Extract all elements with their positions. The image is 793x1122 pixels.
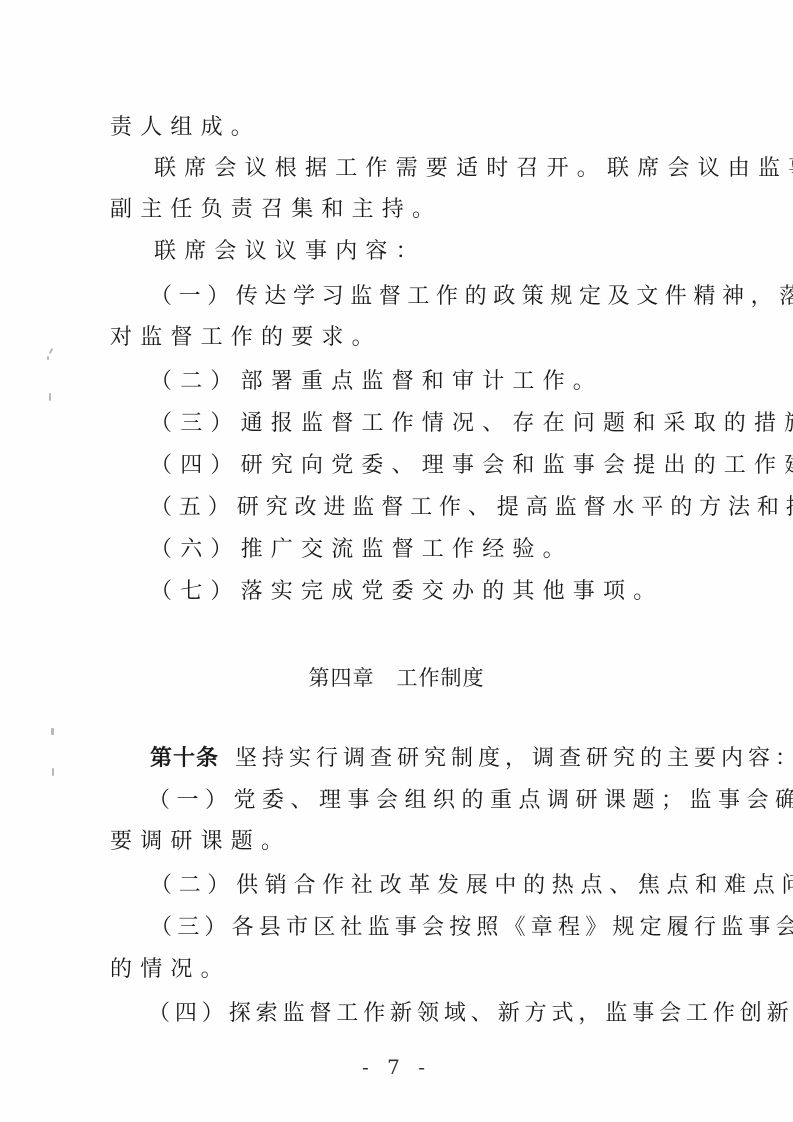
chapter-heading: 第四章工作制度 — [0, 664, 793, 692]
list-item-line: （四）探索监督工作新领域、新方式，监事会工作创新机制、 — [148, 1000, 730, 1028]
list-item-line: 要调研课题。 — [110, 828, 692, 856]
list-item-line: （三）各县市区社监事会按照《章程》规定履行监事会职责 — [150, 914, 732, 942]
paragraph-line: 副主任负责召集和主持。 — [110, 196, 692, 224]
list-item-line: （一）党委、理事会组织的重点调研课题；监事会确定的主 — [148, 787, 730, 815]
scan-speck — [51, 728, 54, 735]
article-line: 第十条坚持实行调查研究制度，调查研究的主要内容： — [150, 745, 732, 773]
list-item-line: （一）传达学习监督工作的政策规定及文件精神，落实党委 — [150, 283, 732, 311]
article-text: 坚持实行调查研究制度，调查研究的主要内容： — [235, 746, 793, 771]
list-item-line: （六）推广交流监督工作经验。 — [150, 536, 732, 564]
list-item-line: （二）部署重点监督和审计工作。 — [150, 368, 732, 396]
scan-speck — [49, 393, 51, 401]
list-item-line: 的情况。 — [110, 956, 692, 984]
chapter-number: 第四章 — [309, 666, 375, 690]
list-item-line: （二）供销合作社改革发展中的热点、焦点和难点问题。 — [150, 872, 732, 900]
article-label: 第十条 — [150, 746, 219, 771]
paragraph-line: 责人组成。 — [110, 114, 692, 142]
scan-speck — [49, 348, 54, 354]
scan-speck — [47, 356, 49, 360]
paragraph-line: 联席会议议事内容： — [154, 238, 736, 266]
scan-speck — [52, 768, 54, 776]
list-item-line: （四）研究向党委、理事会和监事会提出的工作建议。 — [150, 452, 732, 480]
list-item-line: （七）落实完成党委交办的其他事项。 — [150, 578, 732, 606]
list-item-line: （三）通报监督工作情况、存在问题和采取的措施。 — [150, 410, 732, 438]
list-item-line: （五）研究改进监督工作、提高监督水平的方法和措施。 — [150, 494, 732, 522]
page-number: - 7 - — [0, 1054, 793, 1080]
document-page: 责人组成。 联席会议根据工作需要适时召开。联席会议由监事会主任或 副主任负责召集… — [0, 0, 793, 1122]
chapter-title: 工作制度 — [397, 666, 485, 690]
paragraph-line: 联席会议根据工作需要适时召开。联席会议由监事会主任或 — [154, 155, 692, 183]
list-item-line: 对监督工作的要求。 — [110, 324, 692, 352]
